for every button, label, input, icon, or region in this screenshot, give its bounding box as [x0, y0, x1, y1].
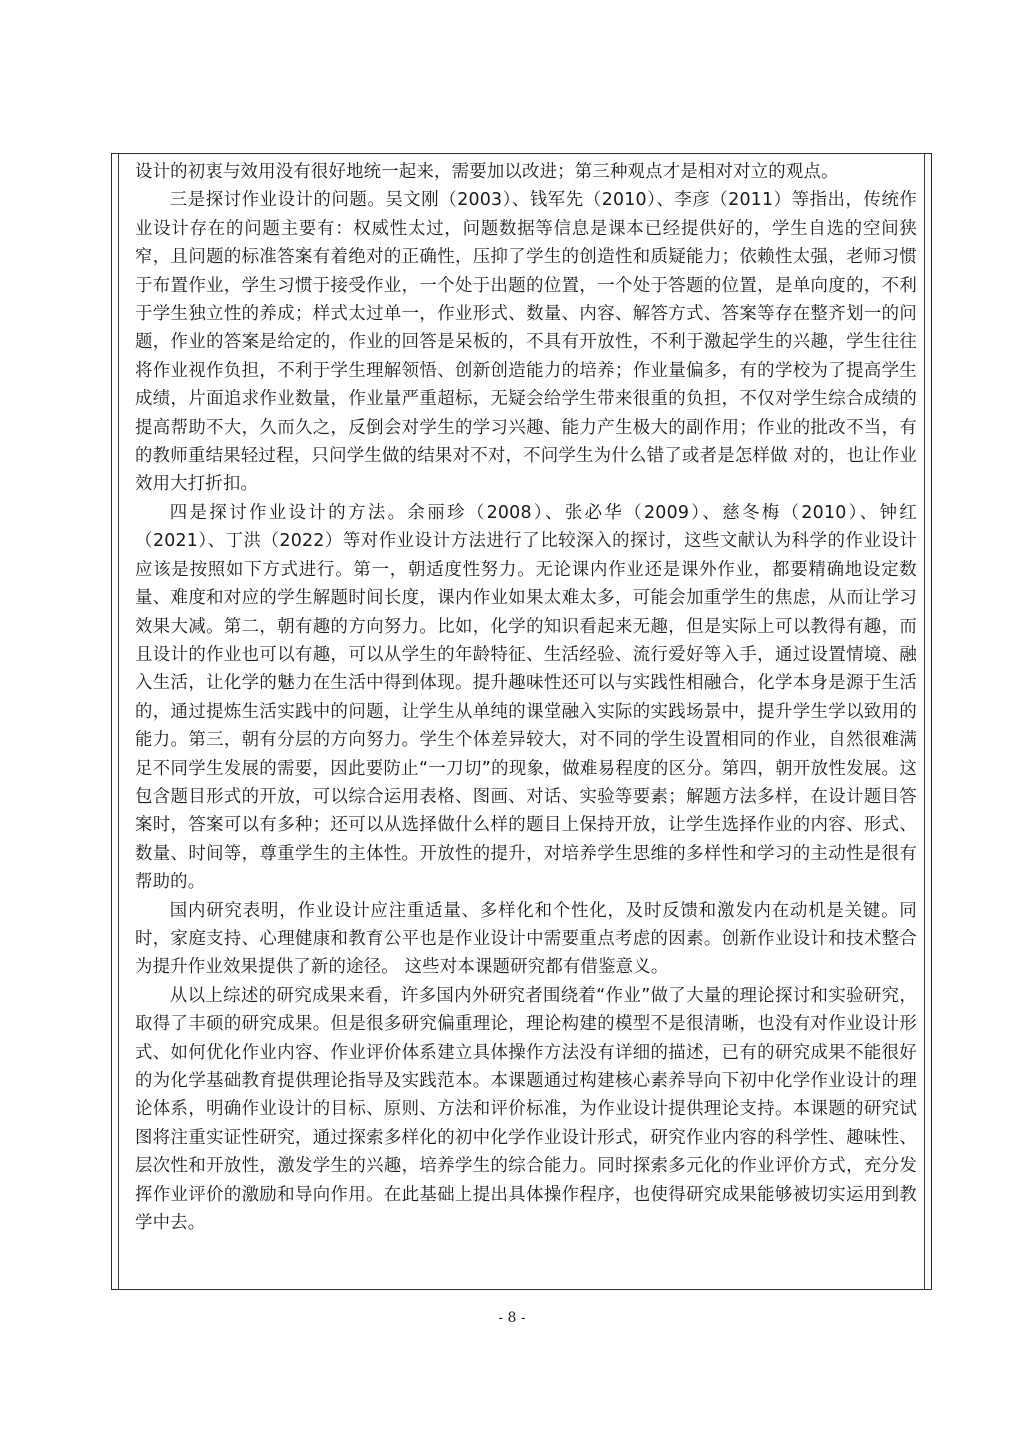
body-text: 设计的初衷与效用没有很好地统一起来，需要加以改进；第三种观点才是相对对立的观点。… — [135, 158, 917, 1237]
paragraph-summary: 从以上综述的研究成果来看，许多国内外研究者围绕着“作业”做了大量的理论探讨和实验… — [135, 982, 917, 1238]
paragraph-domestic-research: 国内研究表明，作业设计应注重适量、多样化和个性化，及时反馈和激发内在动机是关键。… — [135, 897, 917, 982]
paragraph-homework-methods: 四是探讨作业设计的方法。余丽珍（2008）、张必华（2009）、慈冬梅（2010… — [135, 499, 917, 897]
frame-inner-left-rule — [118, 154, 119, 1289]
frame-inner-right-rule — [924, 154, 925, 1289]
table-frame: 设计的初衷与效用没有很好地统一起来，需要加以改进；第三种观点才是相对对立的观点。… — [111, 153, 932, 1290]
page-number: - 8 - — [0, 1310, 1024, 1326]
paragraph-homework-problems: 三是探讨作业设计的问题。吴文刚（2003）、钱军先（2010）、李彦（2011）… — [135, 186, 917, 498]
paragraph-continuation: 设计的初衷与效用没有很好地统一起来，需要加以改进；第三种观点才是相对对立的观点。 — [135, 158, 917, 186]
